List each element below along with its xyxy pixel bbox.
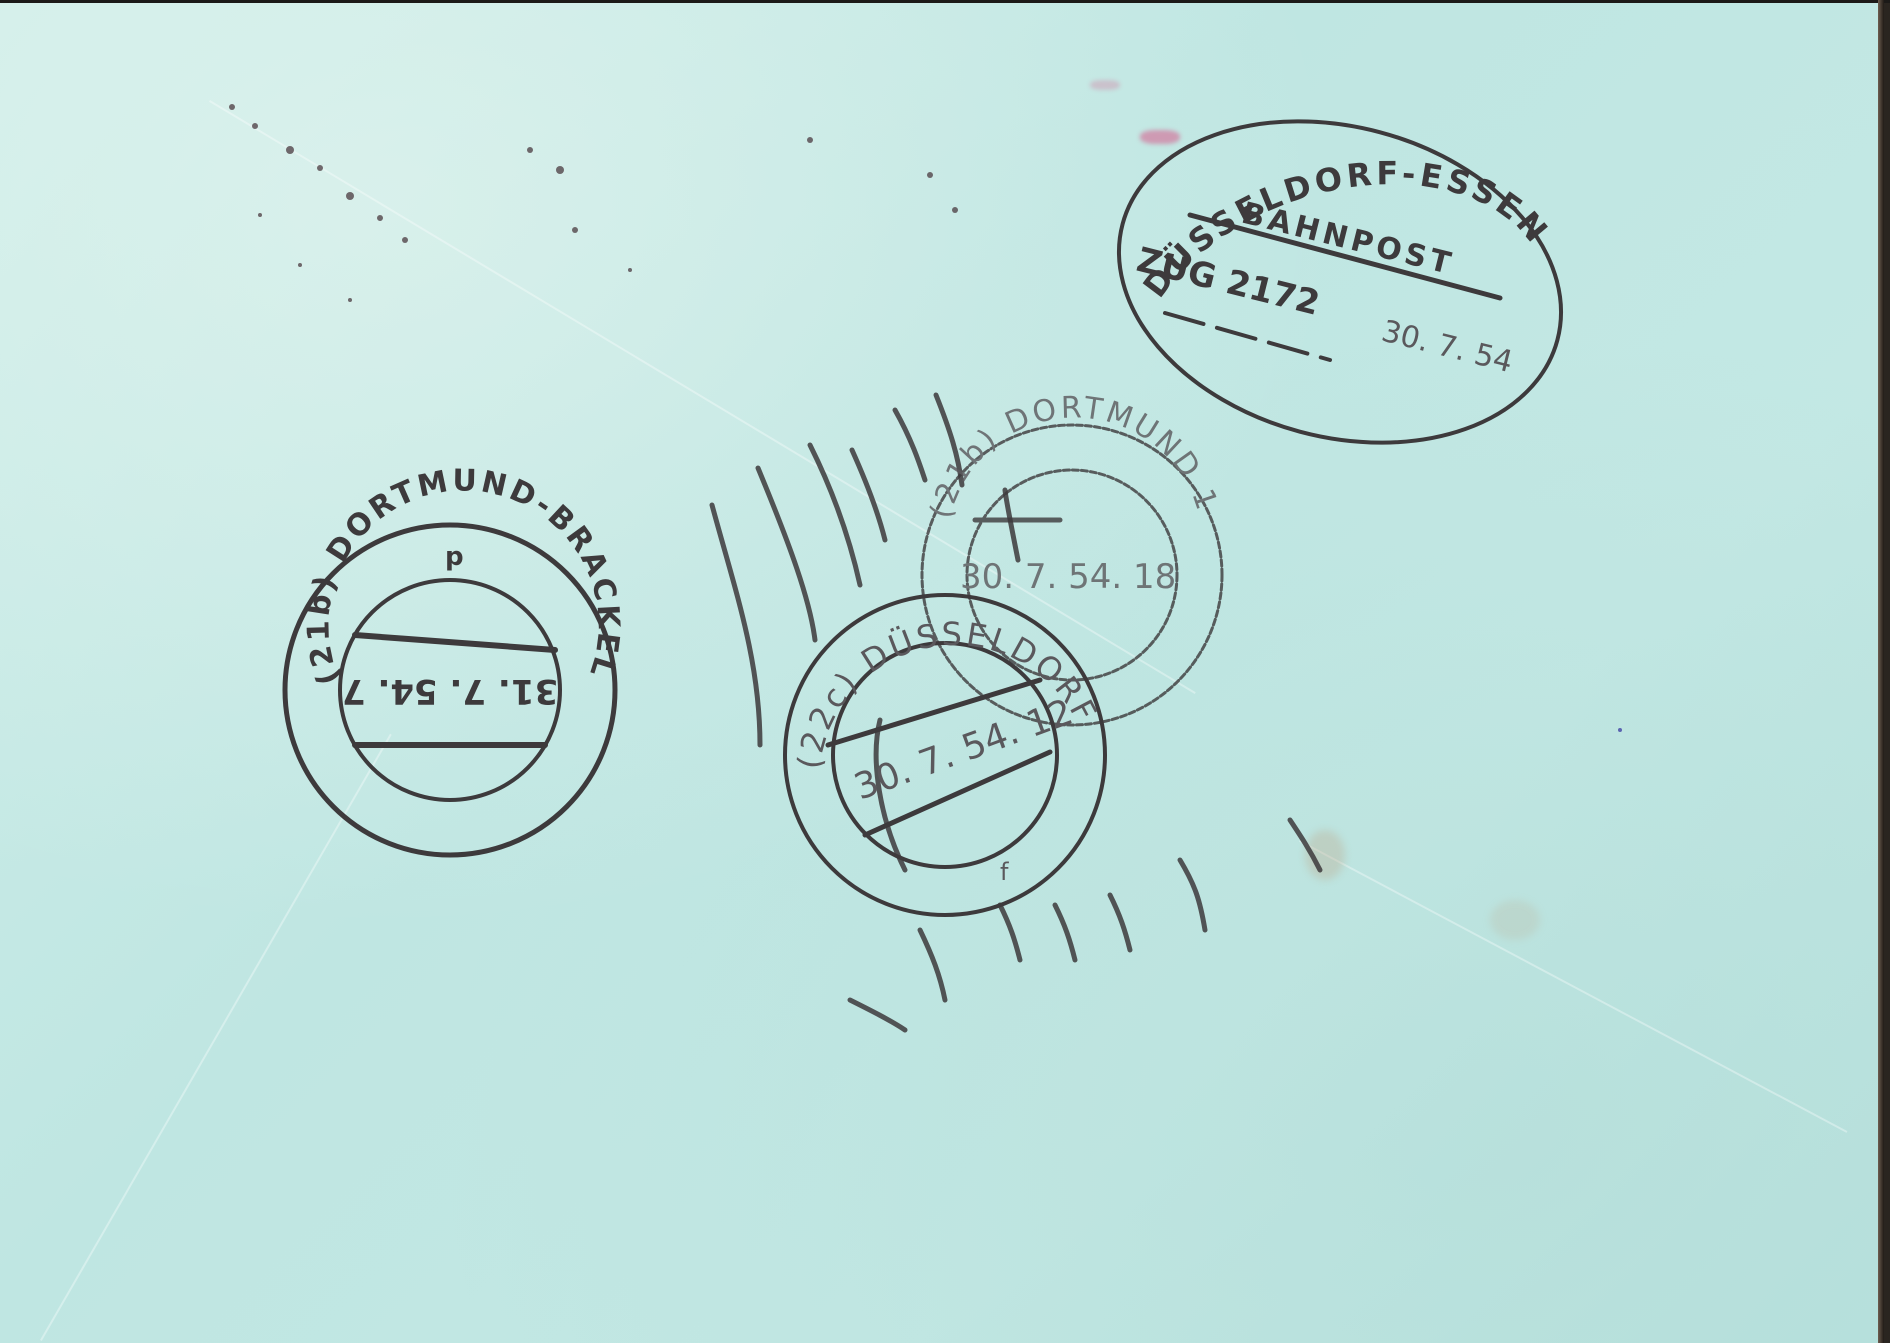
brackel-date: 31. 7. 54. 7 <box>342 671 558 711</box>
svg-text:(21b) DORTMUND 1: (21b) DORTMUND 1 <box>924 390 1225 522</box>
postmark-dortmund-brackel: (21b) DORTMUND-BRACKEL p 31. 7. 54. 7 <box>285 463 626 855</box>
brackel-top-letter: p <box>445 542 464 572</box>
brackel-outer-text: (21b) DORTMUND-BRACKEL <box>301 463 626 689</box>
duesseldorf-bottom-letter: f <box>1000 858 1009 886</box>
postmark-duesseldorf-1: (22c) DÜSSELDORF 1 30. 7. 54. 12 f <box>0 0 1106 915</box>
postmark-layer: DÜSSELDORF-ESSEN BAHNPOST ZUG 2172 30. 7… <box>0 0 1890 1343</box>
dortmund-outer-text: (21b) DORTMUND 1 <box>924 390 1225 522</box>
bahnpost-date: 30. 7. 54 <box>1378 314 1516 380</box>
envelope-back: DÜSSELDORF-ESSEN BAHNPOST ZUG 2172 30. 7… <box>0 0 1884 1343</box>
svg-text:(21b) DORTMUND-BRACKEL: (21b) DORTMUND-BRACKEL <box>301 463 626 689</box>
bahnpost-train-number: ZUG 2172 <box>1133 240 1324 324</box>
dortmund-date: 30. 7. 54. 18 <box>960 557 1176 597</box>
